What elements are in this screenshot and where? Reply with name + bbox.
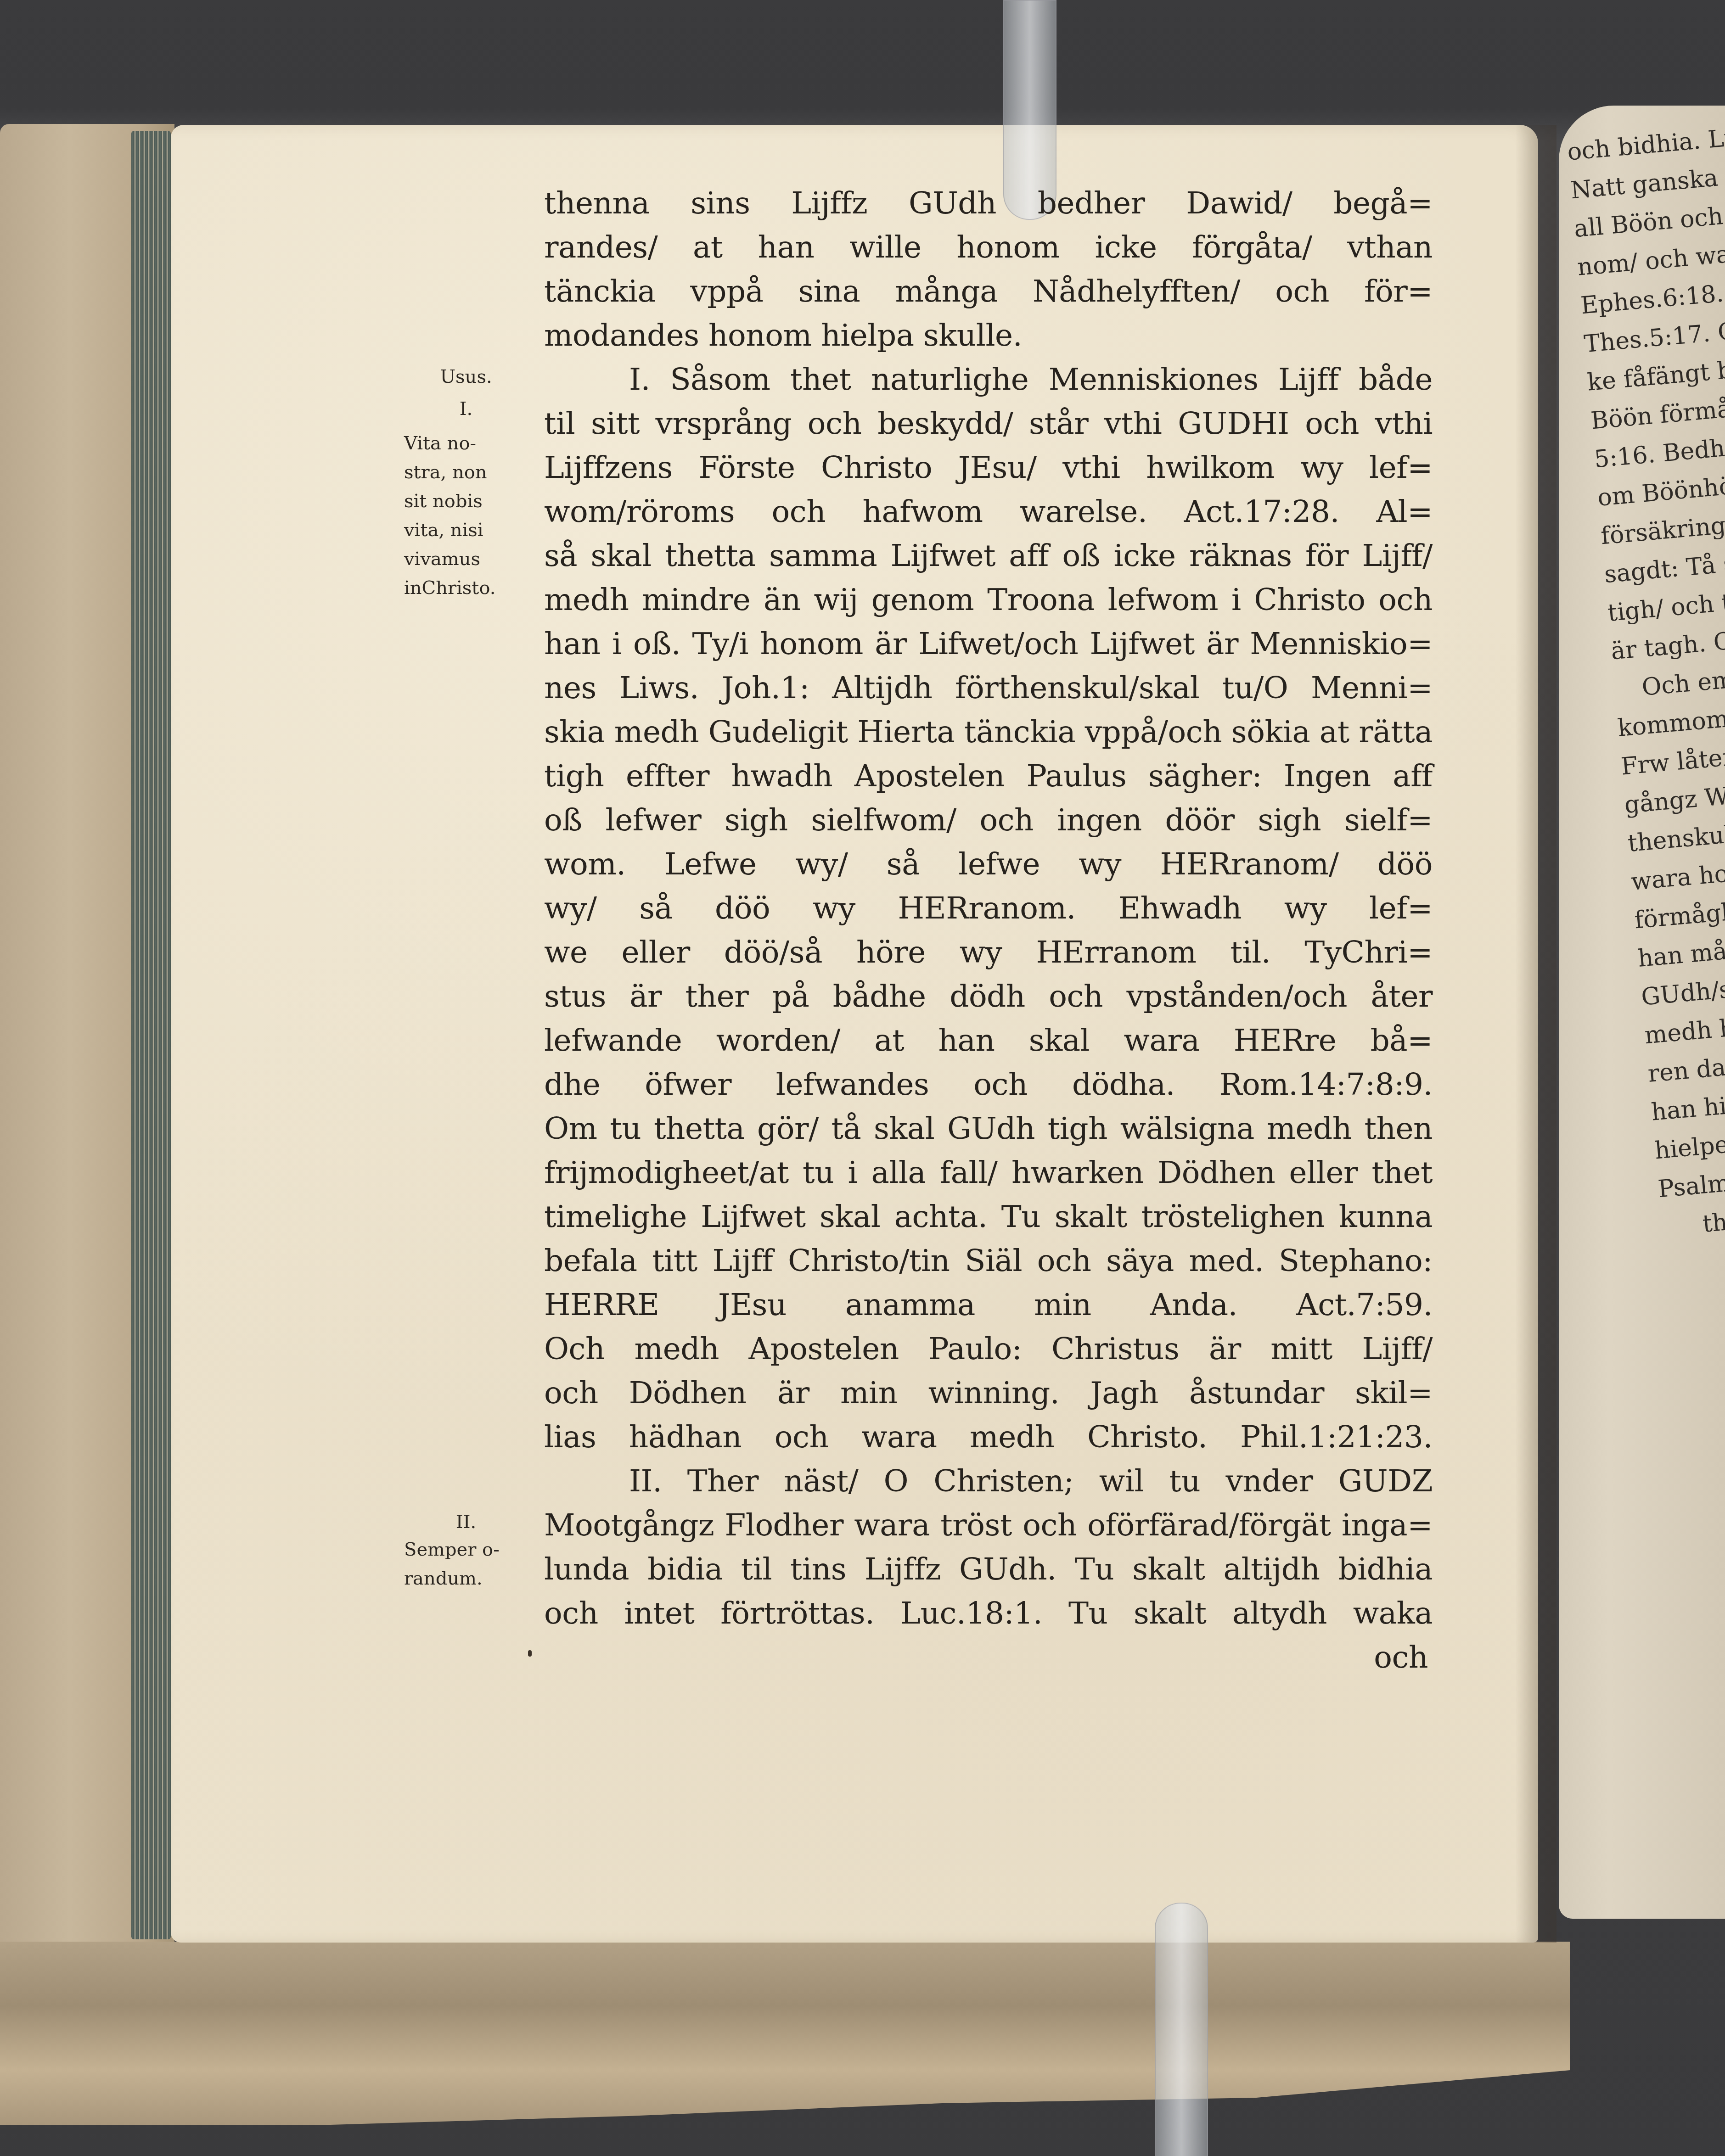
text-line: til sitt vrsprång och beskydd/ står vthi… bbox=[544, 402, 1433, 446]
text-line: wom/röroms och hafwom warelse. Act.17:28… bbox=[544, 490, 1433, 534]
text-line: befala titt Lijff Christo/tin Siäl och s… bbox=[544, 1239, 1433, 1283]
marginal-line: randum. bbox=[404, 1564, 537, 1593]
marginal-line: vita, nisi bbox=[404, 516, 537, 545]
marginal-note-numeral-1: I. bbox=[399, 395, 533, 424]
ink-speck bbox=[528, 1650, 532, 1657]
text-line: Och medh Apostelen Paulo: Christus är mi… bbox=[544, 1327, 1433, 1371]
page-holder-clip-bottom bbox=[1155, 1903, 1208, 2156]
text-line: tigh effter hwadh Apostelen Paulus säghe… bbox=[544, 754, 1433, 798]
marginal-note-section-2: Semper o- randum. bbox=[404, 1535, 537, 1593]
marginal-note-usus: Usus. bbox=[399, 363, 533, 392]
text-line: frijmodigheet/at tu i alla fall/ hwarken… bbox=[544, 1151, 1433, 1195]
marginal-line: inChristo. bbox=[404, 574, 537, 603]
text-line: Lijffzens Förste Christo JEsu/ vthi hwil… bbox=[544, 446, 1433, 490]
text-line: dhe öfwer lefwandes och dödha. Rom.14:7:… bbox=[544, 1063, 1433, 1107]
text-line: randes/ at han wille honom icke förgåta/… bbox=[544, 225, 1433, 269]
marginal-line: Semper o- bbox=[404, 1535, 537, 1564]
text-line: timelighe Lijfwet skal achta. Tu skalt t… bbox=[544, 1195, 1433, 1239]
text-line: Om tu thetta gör/ tå skal GUdh tigh wäls… bbox=[544, 1107, 1433, 1151]
text-line: medh mindre än wij genom Troona lefwom i… bbox=[544, 578, 1433, 622]
text-line: nes Liws. Joh.1: Altijdh förthenskul/ska… bbox=[544, 666, 1433, 710]
marginal-line: sit nobis bbox=[404, 487, 537, 516]
text-line: lias hädhan och wara medh Christo. Phil.… bbox=[544, 1415, 1433, 1459]
marginal-note-numeral-2: II. bbox=[399, 1508, 533, 1537]
text-line: oß lefwer sigh sielfwom/ och ingen döör … bbox=[544, 798, 1433, 842]
catchword: och bbox=[544, 1635, 1433, 1680]
text-line: lefwande worden/ at han skal wara HERre … bbox=[544, 1019, 1433, 1063]
gutter-shadow bbox=[1515, 125, 1556, 1943]
text-line: tänckia vppå sina många Nådhelyfften/ oc… bbox=[544, 269, 1433, 314]
text-line: Mootgångz Flodher wara tröst och oförfär… bbox=[544, 1503, 1433, 1547]
facing-page-text: och bidhia. Luc.21:36Natt ganska myckita… bbox=[1566, 109, 1725, 1324]
recto-page-partial: och bidhia. Luc.21:36Natt ganska myckita… bbox=[1559, 106, 1725, 1919]
text-line: skia medh Gudeligit Hierta tänckia vppå/… bbox=[544, 710, 1433, 754]
text-line: we eller döö/så höre wy HErranom til. Ty… bbox=[544, 930, 1433, 974]
text-line: och intet förtröttas. Luc.18:1. Tu skalt… bbox=[544, 1591, 1433, 1635]
marginal-note-section-1: Vita no- stra, non sit nobis vita, nisi … bbox=[404, 429, 537, 603]
text-line: modandes honom hielpa skulle. bbox=[544, 314, 1433, 358]
text-line: stus är ther på bådhe dödh och vpstånden… bbox=[544, 974, 1433, 1019]
page-edges-stack bbox=[131, 131, 171, 1939]
text-line: han i oß. Ty/i honom är Lifwet/och Lijfw… bbox=[544, 622, 1433, 666]
marginal-line: vivamus bbox=[404, 545, 537, 574]
text-line: så skal thetta samma Lijfwet aff oß icke… bbox=[544, 534, 1433, 578]
text-line: thenna sins Lijffz GUdh bedher Dawid/ be… bbox=[544, 181, 1433, 225]
text-line: lunda bidia til tins Lijffz GUdh. Tu ska… bbox=[544, 1547, 1433, 1591]
main-text-block: thenna sins Lijffz GUdh bedher Dawid/ be… bbox=[544, 181, 1433, 1680]
marginal-line: Vita no- bbox=[404, 429, 537, 458]
text-line: wy/ så döö wy HERranom. Ehwadh wy lef= bbox=[544, 886, 1433, 930]
marginal-line: stra, non bbox=[404, 458, 537, 487]
text-line: wom. Lefwe wy/ så lefwe wy HERranom/ döö bbox=[544, 842, 1433, 886]
text-line-paragraph-start: II. Ther näst/ O Christen; wil tu vnder … bbox=[544, 1459, 1433, 1503]
text-line: HERRE JEsu anamma min Anda. Act.7:59. bbox=[544, 1283, 1433, 1327]
text-line-paragraph-start: I. Såsom thet naturlighe Menniskiones Li… bbox=[544, 358, 1433, 402]
text-line: och Dödhen är min winning. Jagh åstundar… bbox=[544, 1371, 1433, 1415]
